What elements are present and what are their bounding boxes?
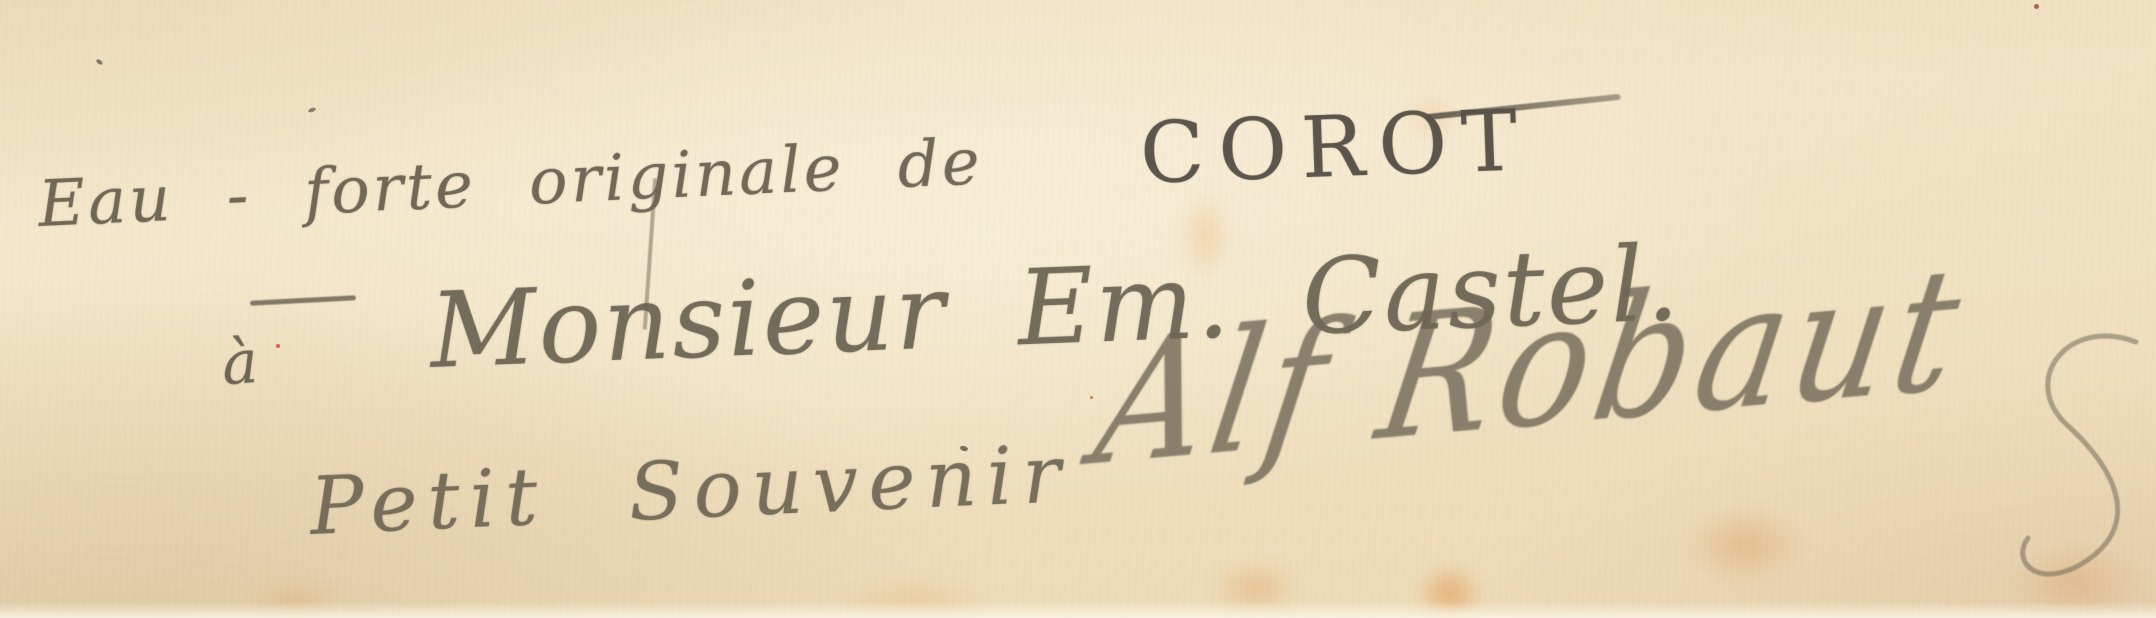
manuscript-photo: Eau - forte originale de COROT à Monsieu… [0, 0, 2156, 618]
paper-speck [308, 107, 317, 113]
foxing-stain [1210, 560, 1300, 615]
dedication-text: Petit Souvenir [308, 427, 1073, 553]
red-speck [2034, 4, 2039, 9]
paper-speck [95, 58, 103, 65]
inscription-line1-text: Eau - forte originale de [37, 125, 984, 242]
red-speck [276, 344, 280, 348]
red-speck [1090, 396, 1093, 399]
foxing-stain [840, 575, 990, 618]
dedication-preposition: à [220, 327, 261, 399]
artist-name: COROT [1138, 91, 1532, 203]
foxing-stain [250, 580, 340, 618]
foxing-stain [1685, 505, 1805, 585]
signature-flourish [2008, 328, 2156, 598]
accent-stroke [250, 295, 356, 306]
foxing-stain [1415, 563, 1485, 618]
paper-edge-highlight [0, 602, 2156, 618]
